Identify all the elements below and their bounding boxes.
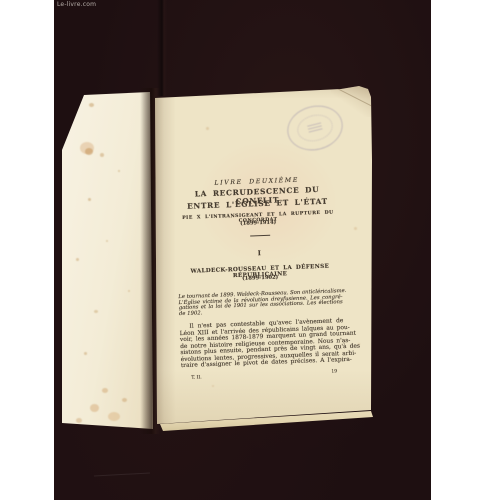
foxing-spot	[94, 310, 98, 313]
printed-page: LIVRE DEUXIÈME LA RECRUDESCENCE DU CONFL…	[154, 85, 373, 432]
section-abstract: Le tournant de 1899. Waldeck-Rousseau. S…	[178, 289, 343, 318]
seller-watermark: Le-livre.com	[57, 1, 96, 8]
volume-label: T. II.	[191, 375, 202, 380]
body-paragraph: Il n'est pas contestable qu'avec l'avène…	[179, 318, 345, 370]
foxing-spot	[100, 153, 104, 157]
page-footer: T. II. 19	[181, 370, 345, 376]
foxing-spot	[76, 258, 79, 261]
foxing-spot	[118, 170, 120, 172]
page-content: LIVRE DEUXIÈME LA RECRUDESCENCE DU CONFL…	[149, 81, 381, 436]
divider-rule	[250, 235, 270, 237]
listing-screenshot: LIVRE DEUXIÈME LA RECRUDESCENCE DU CONFL…	[0, 0, 500, 500]
foxing-spot	[108, 412, 120, 421]
backdrop-seam	[157, 0, 167, 96]
foxing-spot	[128, 290, 130, 292]
section-number: I	[177, 246, 342, 260]
foxing-spot	[85, 148, 93, 155]
foxing-spot	[122, 398, 127, 402]
foxing-spot	[76, 418, 82, 423]
foxing-spot	[102, 388, 108, 393]
page-number: 19	[331, 369, 337, 374]
foxing-spot	[89, 103, 94, 107]
book-photo: LIVRE DEUXIÈME LA RECRUDESCENCE DU CONFL…	[54, 0, 431, 500]
foxing-spot	[88, 198, 91, 201]
foxing-spot	[106, 240, 108, 242]
backdrop-scratch	[94, 473, 150, 477]
foxing-spot	[90, 404, 99, 412]
foxing-spot	[84, 352, 87, 355]
